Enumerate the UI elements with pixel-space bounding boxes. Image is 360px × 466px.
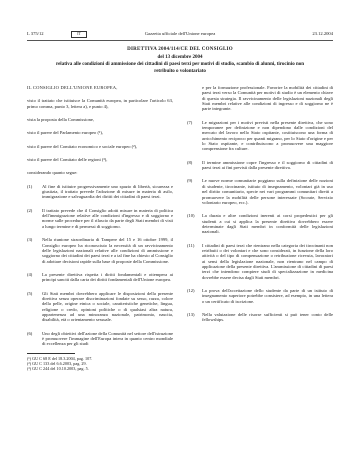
recital-text: Le migrazioni per i motivi previsti nell… bbox=[202, 120, 333, 152]
recital-number: (5) bbox=[27, 291, 42, 323]
recital-number: (4) bbox=[27, 272, 42, 283]
recital-text: Il termine ammissione copre l'ingresso e… bbox=[202, 160, 333, 171]
recital-text: Al fine di istituire progressivamente un… bbox=[42, 184, 173, 200]
title-block: DIRETTIVA 2004/114/CE DEL CONSIGLIO del … bbox=[27, 46, 333, 75]
recital-text: La prova dell'accettazione dello student… bbox=[202, 288, 333, 304]
recital-number: (1) bbox=[27, 184, 42, 200]
footnotes: (¹) GU C 68 E del 18.3.2004, pag. 107. (… bbox=[27, 356, 173, 371]
recital: (11) I cittadini di paesi terzi che rien… bbox=[187, 243, 333, 280]
recital-text: I cittadini di paesi terzi che rientrano… bbox=[202, 243, 333, 280]
recital: (6) Uno degli obiettivi dell'azione dell… bbox=[27, 331, 173, 347]
preamble-line: visto il trattato che istituisce la Comu… bbox=[27, 98, 173, 109]
recital-text: Gli Stati membri dovrebbero applicare le… bbox=[42, 291, 173, 323]
recital: (9) Le nuove norme comunitarie poggiano … bbox=[187, 178, 333, 205]
recital-number: (12) bbox=[187, 288, 202, 304]
recital-number: (7) bbox=[187, 120, 202, 152]
recital-number: (3) bbox=[27, 237, 42, 264]
recital: (3) Nella riunione straordinaria di Tamp… bbox=[27, 237, 173, 264]
recital-text: Nella valutazione delle risorse sufficie… bbox=[202, 312, 333, 323]
page-header: L 375/12 IT Gazzetta ufficiale dell'Unio… bbox=[27, 29, 333, 38]
recital: (12) La prova dell'accettazione dello st… bbox=[187, 288, 333, 304]
recital-text: La durata e altre condizioni inerenti ai… bbox=[202, 213, 333, 234]
recital-number: (2) bbox=[27, 208, 42, 229]
journal-name: Gazzetta ufficiale dell'Unione europea bbox=[27, 29, 333, 38]
footnote-divider bbox=[27, 353, 75, 354]
recital-number: (8) bbox=[187, 160, 202, 171]
right-column: e per la formazione professionale. Favor… bbox=[187, 85, 333, 331]
preamble-line: visto il parere del Comitato economico e… bbox=[27, 144, 173, 149]
recital-text: La presente direttiva rispetta i diritti… bbox=[42, 272, 173, 283]
recital: (1) Al fine di istituire progressivament… bbox=[27, 184, 173, 200]
preamble-line: IL CONSIGLIO DELL'UNIONE EUROPEA, bbox=[27, 85, 173, 90]
directive-subject: relativa alle condizioni di ammissione d… bbox=[27, 62, 333, 75]
recital: (5) Gli Stati membri dovrebbero applicar… bbox=[27, 291, 173, 323]
directive-date: del 13 dicembre 2004 bbox=[27, 54, 333, 62]
recital-number: (11) bbox=[187, 243, 202, 280]
recital-number: (10) bbox=[187, 213, 202, 234]
preamble-line: visto il parere del Comitato delle regio… bbox=[27, 157, 173, 162]
recital: (13) Nella valutazione delle risorse suf… bbox=[187, 312, 333, 323]
recital-continuation: e per la formazione professionale. Favor… bbox=[187, 85, 333, 112]
preamble-line: visto il parere del Parlamento europeo (… bbox=[27, 130, 173, 135]
recital-text: e per la formazione professionale. Favor… bbox=[187, 85, 333, 112]
recital: (8) Il termine ammissione copre l'ingres… bbox=[187, 160, 333, 171]
left-column: IL CONSIGLIO DELL'UNIONE EUROPEA, visto … bbox=[27, 85, 173, 371]
recital: (2) Il trattato prevede che il Consiglio… bbox=[27, 208, 173, 229]
recital: (7) Le migrazioni per i motivi previsti … bbox=[187, 120, 333, 152]
recital-number: (6) bbox=[27, 331, 42, 347]
recital: (10) La durata e altre condizioni ineren… bbox=[187, 213, 333, 234]
footnote: (³) GU C 244 del 10.10.2003, pag. 5. bbox=[27, 366, 173, 371]
directive-title: DIRETTIVA 2004/114/CE DEL CONSIGLIO bbox=[27, 46, 333, 54]
recital: (4) La presente direttiva rispetta i dir… bbox=[27, 272, 173, 283]
recital-text: Nella riunione straordinaria di Tampere … bbox=[42, 237, 173, 264]
recital-text: Uno degli obiettivi dell'azione della Co… bbox=[42, 331, 173, 347]
recital-text: Il trattato prevede che il Consiglio ado… bbox=[42, 208, 173, 229]
recital-text: Le nuove norme comunitarie poggiano sull… bbox=[202, 178, 333, 205]
header-divider bbox=[27, 40, 333, 41]
recital-number: (9) bbox=[187, 178, 202, 205]
preamble-line: considerando quanto segue: bbox=[27, 170, 173, 175]
recital-number: (13) bbox=[187, 312, 202, 323]
preamble-line: vista la proposta della Commissione, bbox=[27, 117, 173, 122]
publication-date: 23.12.2004 bbox=[312, 29, 333, 38]
